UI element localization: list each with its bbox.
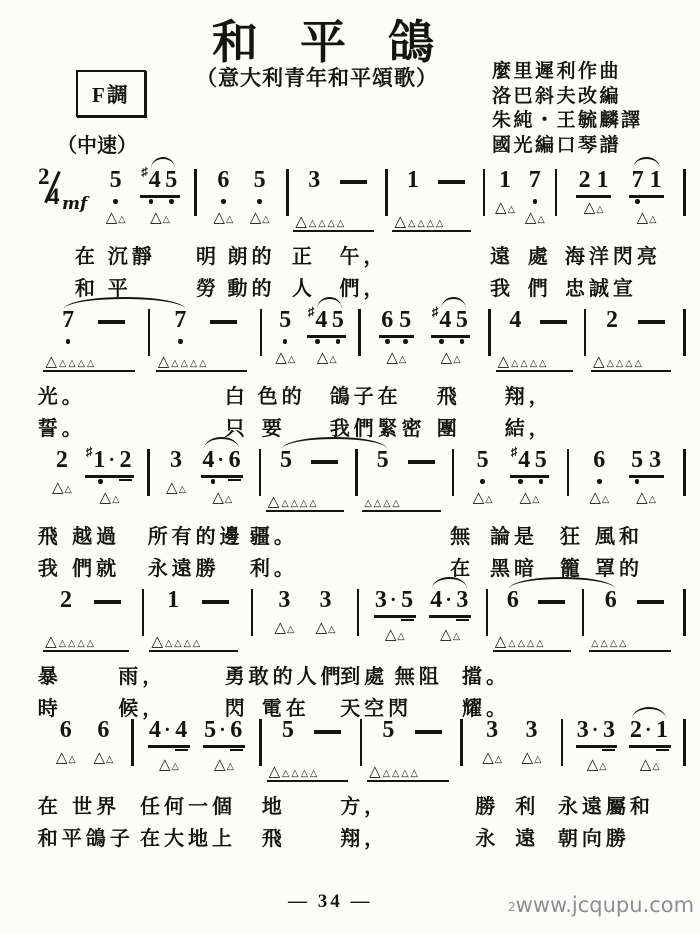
- low-octave-dot: [66, 339, 71, 344]
- measure: 1△△7△△: [485, 168, 555, 234]
- lyric-segment: 誓。: [38, 412, 86, 441]
- lyric-segment: 團: [437, 412, 461, 441]
- note-digit: 5: [401, 588, 413, 613]
- note: 6: [229, 718, 244, 751]
- note-digit: 5: [456, 308, 468, 333]
- note-digit: 7: [529, 168, 541, 193]
- note: 3·: [375, 588, 397, 621]
- articulation-marks: △△: [106, 208, 126, 225]
- triangle-mark-icon: △: [374, 500, 381, 509]
- note-group: 6: [603, 588, 618, 614]
- duration-dash: [415, 730, 442, 734]
- triangle-mark-icon: △: [337, 220, 344, 229]
- page-number: — 34 —: [288, 891, 373, 913]
- note: 2: [54, 448, 69, 474]
- note: 1: [655, 718, 670, 751]
- measure: 3△△3△△: [463, 718, 561, 784]
- note: 3: [601, 718, 616, 751]
- note-digit: 7: [174, 308, 186, 333]
- articulation-marks: △△: [640, 755, 660, 772]
- triangle-mark-icon: △: [309, 500, 316, 509]
- triangle-mark-icon: △: [225, 496, 232, 505]
- triangle-mark-icon: △: [227, 763, 234, 772]
- triangle-mark-icon: △: [310, 770, 317, 779]
- sustain-articulation-marks: △△△△△: [156, 351, 247, 372]
- triangle-mark-icon: △: [282, 770, 289, 779]
- note-group: 7: [527, 168, 542, 204]
- duration-dash: [98, 320, 125, 324]
- duration-dash: [311, 460, 338, 464]
- measure: 3△△3△△: [253, 588, 357, 654]
- triangle-mark-icon: △: [537, 216, 544, 225]
- note-unit: 3: [307, 168, 322, 194]
- triangle-mark-icon: △: [602, 496, 609, 505]
- lyric-segment: 結，: [505, 412, 553, 441]
- low-octave-dot: [533, 199, 538, 204]
- staff-line: 2△△♯1·2△△3△△4·6△△5△△△△△5△△△△5△△♯45△△6△△5…: [38, 446, 686, 518]
- note-unit: 5△△: [250, 168, 270, 225]
- measure: 3△△4·6△△: [150, 448, 259, 514]
- articulation-marks: △△: [587, 755, 607, 772]
- low-octave-dot: [439, 339, 444, 344]
- lyric-segment: 越過: [72, 520, 120, 549]
- articulation-marks: △△: [440, 625, 460, 642]
- note: 1: [595, 168, 610, 194]
- note-digit: 1: [167, 588, 179, 613]
- note-digit: 5: [280, 448, 292, 473]
- triangle-mark-icon: △: [440, 628, 452, 642]
- note-digit: 1: [656, 718, 668, 743]
- triangle-mark-icon: △: [179, 486, 186, 495]
- note: ♯1·: [86, 448, 115, 484]
- note-unit: 4·3△△: [430, 588, 470, 642]
- note: 5: [400, 588, 415, 621]
- triangle-mark-icon: △: [619, 640, 626, 649]
- note-digit: 2: [630, 718, 642, 743]
- slur: [633, 157, 659, 169]
- note-unit: 1: [166, 588, 181, 614]
- triangle-mark-icon: △: [591, 640, 598, 649]
- duration-dash: [638, 320, 665, 324]
- triangle-mark-icon: △: [213, 211, 225, 225]
- triangle-mark-icon: △: [159, 758, 171, 772]
- duration-dash: [94, 600, 121, 604]
- lyric-segment: 們就: [72, 552, 120, 581]
- note-unit: 4·4△△: [149, 718, 189, 772]
- lyric-segment: 無: [450, 520, 474, 549]
- note-digit: 6: [605, 588, 617, 613]
- low-octave-dot: [169, 199, 174, 204]
- note: 5: [278, 448, 293, 474]
- note-digit: 6: [593, 448, 605, 473]
- triangle-mark-icon: △: [163, 216, 170, 225]
- articulation-marks: △△: [385, 625, 405, 642]
- note-digit: 5: [282, 718, 294, 743]
- measure: 6△△6△△: [38, 718, 131, 784]
- triangle-mark-icon: △: [65, 486, 72, 495]
- triangle-mark-icon: △: [68, 640, 75, 649]
- lyric-segment: 明: [196, 240, 220, 269]
- note-digit: 1: [93, 448, 105, 473]
- note-digit: 3: [649, 448, 661, 473]
- note-group: 3: [485, 718, 500, 744]
- sharp-icon: ♯: [86, 445, 93, 458]
- measure: 6△△△△△: [488, 588, 582, 654]
- triangle-mark-icon: △: [385, 628, 397, 642]
- dash-unit: [415, 718, 442, 734]
- time-signature-block: 24mf: [38, 168, 90, 214]
- note: ♯4: [308, 308, 328, 344]
- note-group: 2: [59, 588, 74, 614]
- measure: 4△△△△△: [491, 308, 584, 374]
- note-group: 2: [54, 448, 69, 474]
- triangle-mark-icon: △: [495, 635, 507, 649]
- triangle-mark-icon: △: [417, 220, 424, 229]
- duration-dash: [637, 600, 664, 604]
- lyric-segment: 在: [38, 790, 62, 819]
- articulation-marks: △△: [495, 198, 515, 215]
- note-unit: 1: [405, 168, 420, 194]
- note: 6: [96, 718, 111, 744]
- triangle-mark-icon: △: [610, 640, 617, 649]
- note: 3: [318, 588, 333, 614]
- articulation-marks: △△: [589, 488, 609, 505]
- triangle-mark-icon: △: [399, 356, 406, 365]
- low-octave-dot: [336, 339, 341, 344]
- articulation-marks: △△: [52, 478, 72, 495]
- note: 6: [227, 448, 242, 484]
- lyric-segment: 暴: [38, 660, 62, 689]
- note: 5: [330, 308, 345, 344]
- sustain-articulation-marks: △△△△△: [267, 761, 348, 782]
- note-digit: 5: [399, 308, 411, 333]
- beamed-group: ♯45: [511, 448, 549, 484]
- duration-dash: [408, 460, 435, 464]
- note-digit: 2: [120, 448, 132, 473]
- triangle-mark-icon: △: [386, 351, 398, 365]
- triangle-mark-icon: △: [316, 621, 328, 635]
- low-octave-dot: [597, 479, 602, 484]
- lyric-segment: 飛: [437, 380, 461, 409]
- sharp-icon: ♯: [432, 305, 439, 318]
- low-octave-dot: [635, 479, 640, 484]
- triangle-mark-icon: △: [45, 635, 57, 649]
- note-unit: 2△△: [52, 448, 72, 495]
- note-group: 6: [592, 448, 607, 484]
- lyric-segment: 光。: [38, 380, 86, 409]
- note-unit: 6: [505, 588, 520, 614]
- lyric-segment: 飛: [262, 822, 286, 851]
- note: 4·: [202, 448, 224, 484]
- triangle-mark-icon: △: [59, 640, 66, 649]
- lyrics-line-verse1: 飛越過所有的邊疆。無論是狂風和: [0, 520, 700, 546]
- triangle-mark-icon: △: [518, 640, 525, 649]
- articulation-marks: △△: [386, 348, 406, 365]
- note-digit: 7: [62, 308, 74, 333]
- note-digit: 3: [170, 448, 182, 473]
- articulation-marks: △△: [93, 748, 113, 765]
- note-digit: 3: [486, 718, 498, 743]
- triangle-mark-icon: △: [288, 356, 295, 365]
- dash-unit: [638, 308, 665, 324]
- note-digit: 2: [579, 168, 591, 193]
- beamed-group: 5·6: [204, 718, 244, 751]
- low-octave-dot: [178, 339, 183, 344]
- triangle-mark-icon: △: [536, 640, 543, 649]
- triangle-mark-icon: △: [275, 351, 287, 365]
- triangle-mark-icon: △: [411, 770, 418, 779]
- triangle-mark-icon: △: [106, 756, 113, 765]
- note-digit: 3: [456, 588, 468, 613]
- lyric-segment: 忠誠宣: [565, 272, 637, 301]
- lyric-segment: 地: [262, 790, 286, 819]
- triangle-mark-icon: △: [118, 216, 125, 225]
- note-digit: 4: [439, 308, 451, 333]
- lyric-segment: 遠: [490, 240, 514, 269]
- note-digit: 1: [407, 168, 419, 193]
- note-unit: 3·5△△: [375, 588, 415, 642]
- low-octave-dot: [539, 479, 544, 484]
- note-unit: 5△△: [275, 308, 295, 365]
- measure: 4·4△△5·6△△: [134, 718, 260, 784]
- final-barline: [683, 309, 686, 356]
- note-digit: 1: [597, 168, 609, 193]
- sustain-articulation-marks: △△△△△: [392, 211, 471, 232]
- articulation-marks: △△: [520, 488, 540, 505]
- tempo-marking: （中速）: [57, 129, 137, 158]
- duration-dash: [540, 320, 567, 324]
- low-octave-dot: [257, 199, 262, 204]
- beamed-group: 3·3: [577, 718, 617, 751]
- triangle-mark-icon: △: [637, 211, 649, 225]
- note: ♯4: [511, 448, 531, 484]
- triangle-mark-icon: △: [539, 360, 546, 369]
- slur: [151, 157, 176, 169]
- lyric-segment: 永遠屬和: [558, 790, 654, 819]
- note: 3·: [577, 718, 599, 751]
- note: 1: [166, 588, 181, 614]
- lyric-segment: 色的: [258, 380, 306, 409]
- triangle-mark-icon: △: [392, 770, 399, 779]
- triangle-mark-icon: △: [436, 220, 443, 229]
- note-digit: 3: [278, 588, 290, 613]
- note: 2: [59, 588, 74, 614]
- triangle-mark-icon: △: [534, 756, 541, 765]
- sustain-articulation-marks: △△△△: [362, 491, 440, 512]
- note-unit: ♯45△△: [308, 308, 346, 365]
- note-digit: 5: [254, 168, 266, 193]
- low-octave-dot: [211, 479, 216, 484]
- note: 5: [280, 718, 295, 744]
- music-system: 7△△△△△7△△△△△5△△♯45△△65△△♯45△△4△△△△△2△△△△…: [0, 306, 700, 446]
- lyric-segment: 黑暗: [490, 552, 538, 581]
- note-digit: 6: [229, 448, 241, 473]
- triangle-mark-icon: △: [226, 216, 233, 225]
- lyric-segment: 擋。: [462, 660, 510, 689]
- note-unit: ♯45△△: [141, 168, 179, 225]
- triangle-mark-icon: △: [171, 360, 178, 369]
- note: 1: [405, 168, 420, 194]
- note: ♯4: [141, 168, 161, 204]
- note: 5: [381, 718, 396, 744]
- triangle-mark-icon: △: [77, 640, 84, 649]
- triangle-mark-icon: △: [172, 763, 179, 772]
- watermark-prefix: 2: [508, 900, 516, 914]
- low-octave-dot: [98, 479, 103, 484]
- note-group: 2: [604, 308, 619, 334]
- note: 4·: [430, 588, 452, 621]
- staff-line: 24mf5△△♯45△△6△△5△△3△△△△△1△△△△△1△△7△△21△△…: [38, 166, 686, 238]
- augmentation-dot: ·: [164, 726, 171, 734]
- triangle-mark-icon: △: [532, 496, 539, 505]
- note-unit: 7△△: [525, 168, 545, 225]
- lyric-segment: 動的: [228, 272, 276, 301]
- note: 3: [455, 588, 470, 621]
- dash-unit: [438, 168, 465, 184]
- triangle-mark-icon: △: [291, 500, 298, 509]
- lyric-segment: 白: [225, 380, 249, 409]
- measure: 1△△△△△: [144, 588, 251, 654]
- duration-dash: [210, 320, 237, 324]
- note-digit: 4: [149, 168, 161, 193]
- lyric-segment: 和: [75, 272, 99, 301]
- note-unit: 5: [280, 718, 295, 744]
- low-octave-dot: [518, 479, 523, 484]
- note-unit: 2: [59, 588, 74, 614]
- sustain-articulation-marks: △△△△△: [496, 351, 573, 372]
- triangle-mark-icon: △: [317, 351, 329, 365]
- lyric-segment: 沉靜: [108, 240, 156, 269]
- sustain-articulation-marks: △△△△△: [493, 631, 571, 652]
- triangle-mark-icon: △: [329, 356, 336, 365]
- triangle-mark-icon: △: [649, 496, 656, 505]
- triangle-mark-icon: △: [453, 633, 460, 642]
- lyrics-line-verse2: 時候，閃電在天空閃耀。: [0, 692, 700, 718]
- lyric-segment: 我: [38, 552, 62, 581]
- staff-line: 7△△△△△7△△△△△5△△♯45△△65△△♯45△△4△△△△△2△△△△…: [38, 306, 686, 378]
- triangle-mark-icon: △: [383, 770, 390, 779]
- triangle-mark-icon: △: [408, 220, 415, 229]
- sixteenth-underline: [119, 479, 132, 481]
- lyric-segment: 任何一個: [140, 790, 236, 819]
- triangle-mark-icon: △: [636, 491, 648, 505]
- note: 5: [108, 168, 123, 204]
- note: 6: [216, 168, 231, 204]
- lyrics-line-verse1: 在沉靜明朗的正午，遠處海洋閃亮: [0, 240, 700, 266]
- note-digit: 6: [97, 718, 109, 743]
- measure: 1△△△△△: [388, 168, 483, 234]
- note-digit: 5: [631, 448, 643, 473]
- lyric-segment: 人: [292, 272, 316, 301]
- sustain-articulation-marks: △△△△: [589, 631, 671, 652]
- note-group: 1: [405, 168, 420, 194]
- sixteenth-underline: [401, 619, 414, 621]
- note: 7: [630, 168, 645, 204]
- note-digit: 5: [535, 448, 547, 473]
- augmentation-dot: ·: [219, 726, 226, 734]
- measure: 5△△♯45△△: [454, 448, 566, 514]
- note: ♯4: [432, 308, 452, 344]
- dash-unit: [538, 588, 565, 604]
- note-digit: 3: [320, 588, 332, 613]
- triangle-mark-icon: △: [587, 758, 599, 772]
- note-group: 5: [280, 718, 295, 744]
- note-unit: 5·6△△: [204, 718, 244, 772]
- triangle-mark-icon: △: [68, 756, 75, 765]
- note-unit: 65△△: [380, 308, 413, 365]
- subtitle: （意大利青年和平頌歌）: [196, 62, 438, 92]
- triangle-mark-icon: △: [401, 770, 408, 779]
- lyric-segment: 世界: [72, 790, 120, 819]
- note-digit: 6: [381, 308, 393, 333]
- articulation-marks: △△: [213, 208, 233, 225]
- note-unit: ♯45△△: [511, 448, 549, 505]
- lyric-segment: 們，: [340, 272, 388, 301]
- articulation-marks: △△: [159, 755, 179, 772]
- note: 1: [648, 168, 663, 204]
- triangle-mark-icon: △: [287, 626, 294, 635]
- measure: 5△△△△△: [262, 718, 360, 784]
- credit-line-translator: 朱純・王毓麟譯: [492, 109, 643, 134]
- lyric-segment: 到處: [340, 660, 388, 689]
- lyric-segment: 利: [515, 790, 539, 819]
- duration-dash: [340, 180, 367, 184]
- triangle-mark-icon: △: [522, 751, 534, 765]
- triangle-mark-icon: △: [193, 640, 200, 649]
- sustain-articulation-marks: △△△△△: [43, 631, 129, 652]
- note-unit: 3△△: [522, 718, 542, 765]
- lyric-segment: 永遠勝: [148, 552, 220, 581]
- articulation-marks: △△: [275, 348, 295, 365]
- triangle-mark-icon: △: [274, 621, 286, 635]
- lyric-segment: 狂: [560, 520, 584, 549]
- watermark: 2www.jcqupu.com: [508, 893, 694, 917]
- note-unit: 3△△: [274, 588, 294, 635]
- lyric-segment: 要: [262, 412, 286, 441]
- dash-unit: [94, 588, 121, 604]
- note: 5: [630, 448, 645, 484]
- measure: 5△△△△: [358, 448, 452, 514]
- lyrics-line-verse2: 我們就永遠勝利。在黑暗籠罩的: [0, 552, 700, 578]
- augmentation-dot: ·: [217, 456, 224, 464]
- articulation-marks: △△: [56, 748, 76, 765]
- triangle-mark-icon: △: [78, 360, 85, 369]
- triangle-mark-icon: △: [601, 640, 608, 649]
- note: 5: [375, 448, 390, 474]
- articulation-marks: △△: [212, 488, 232, 505]
- beamed-group: 3·5: [375, 588, 415, 621]
- dash-unit: [98, 308, 125, 324]
- beamed-group: 65: [380, 308, 413, 344]
- note: 7: [61, 308, 76, 344]
- triangle-mark-icon: △: [174, 640, 181, 649]
- lyric-segment: 正: [292, 240, 316, 269]
- note-digit: 5: [377, 448, 389, 473]
- sixteenth-underline: [456, 619, 469, 621]
- articulation-marks: △△: [637, 208, 657, 225]
- note-group: 5: [252, 168, 267, 204]
- note-digit: 5: [204, 718, 216, 743]
- note-group: 3: [277, 588, 292, 614]
- note: 3: [648, 448, 663, 484]
- articulation-marks: △△: [482, 748, 502, 765]
- measure: 6△△5△△: [197, 168, 286, 234]
- triangle-mark-icon: △: [482, 751, 494, 765]
- lyrics-line-verse2: 和平鴿子在大地上飛翔，永遠朝向勝: [0, 822, 700, 848]
- sustain-articulation-marks: △△△△△: [591, 351, 671, 372]
- note-group: 5: [381, 718, 396, 744]
- articulation-marks: △△: [250, 208, 270, 225]
